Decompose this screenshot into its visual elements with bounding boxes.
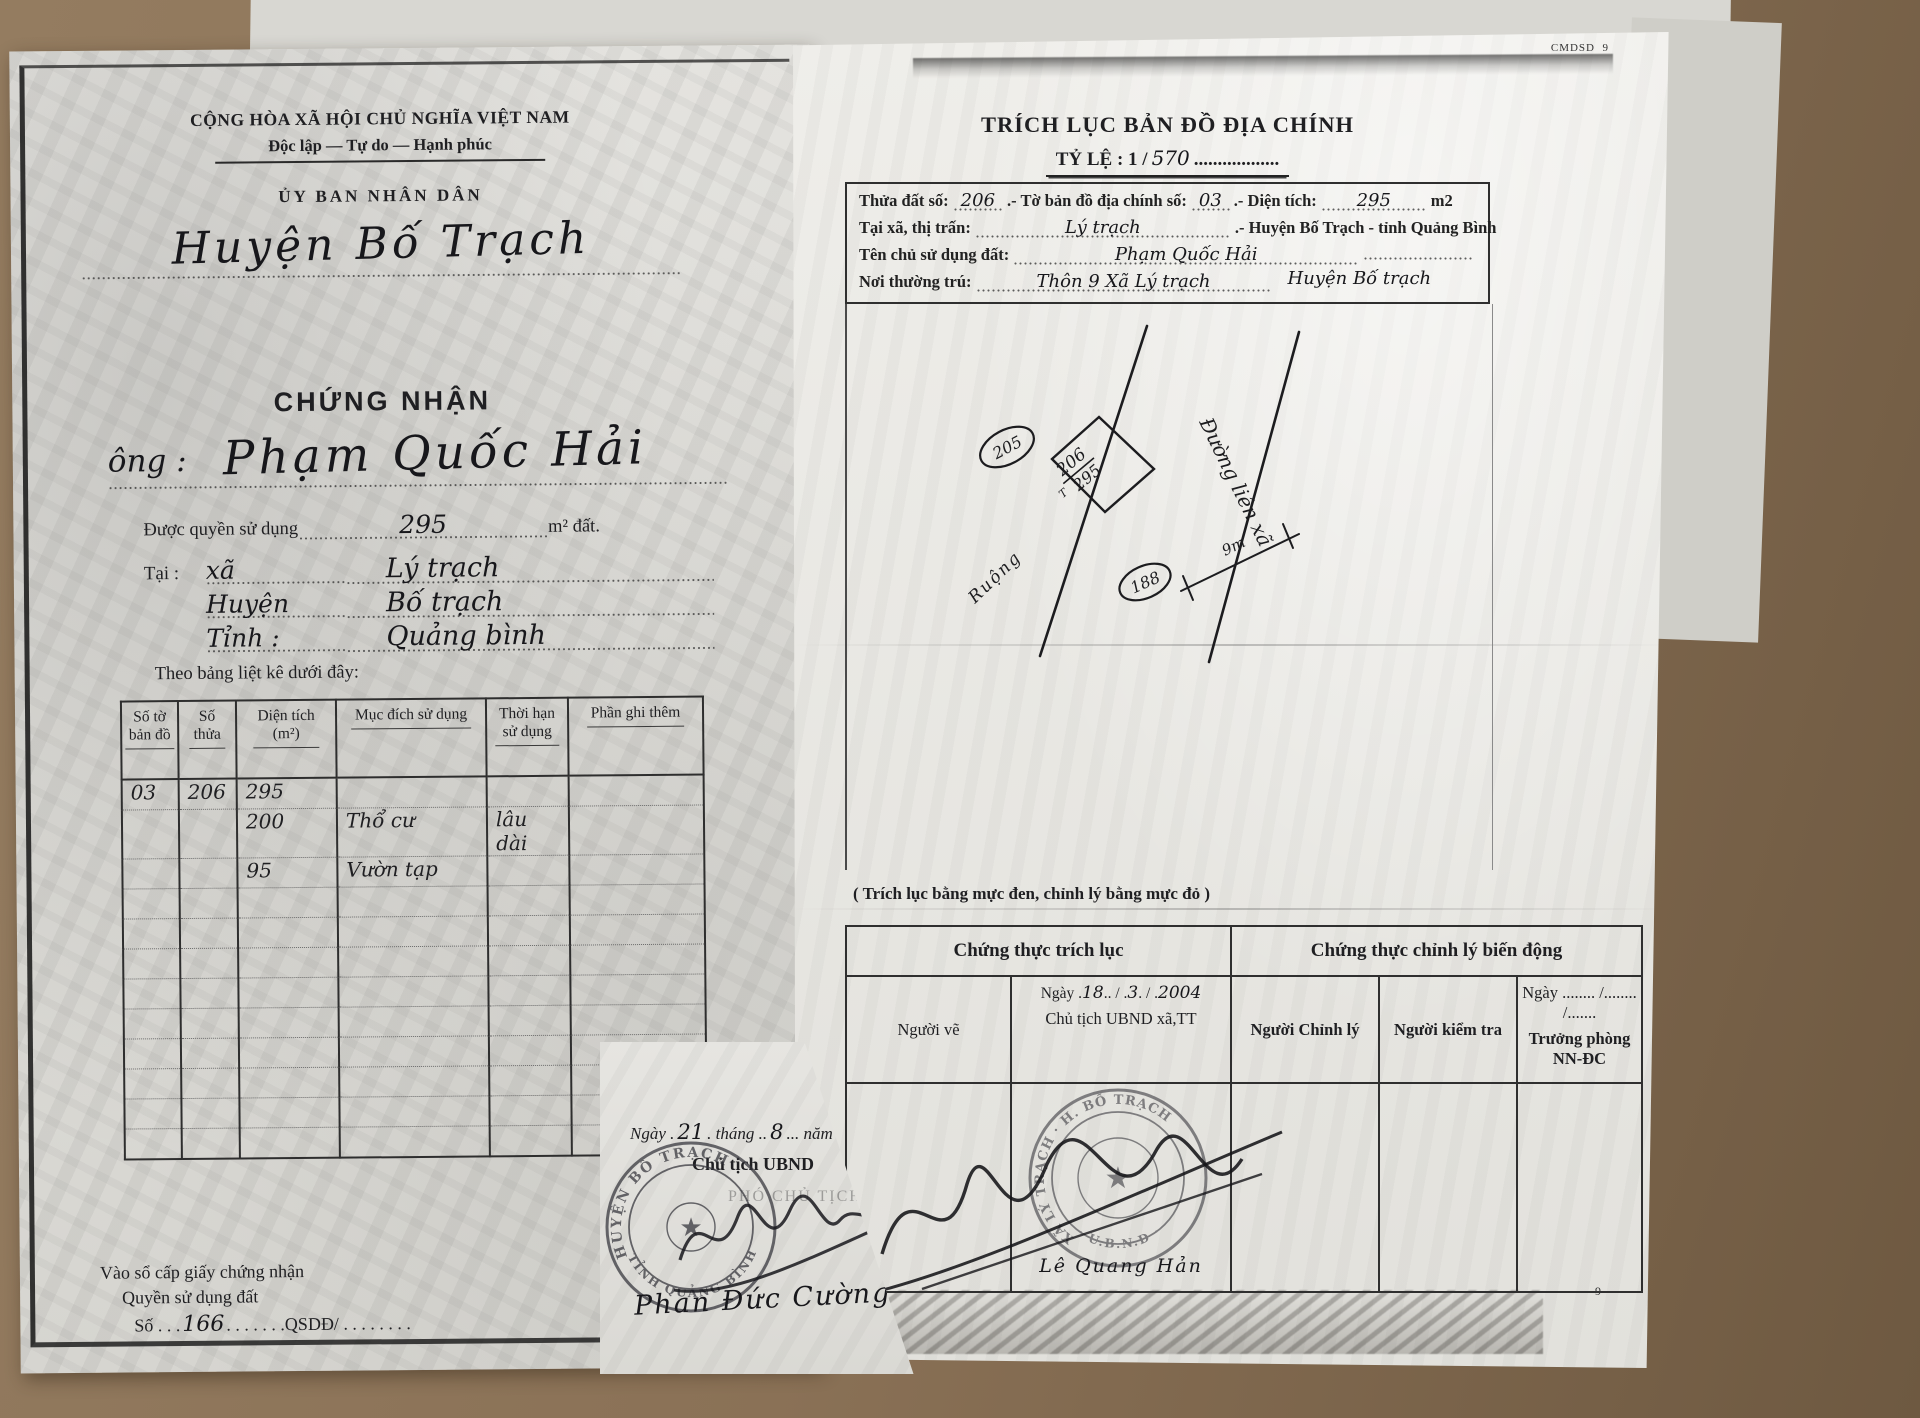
location-row-province: Tỉnh : Quảng bình [144, 618, 714, 657]
form-code: CMDSD 9 [1551, 42, 1609, 54]
col-area: Diện tích (m²) [253, 707, 319, 749]
grantee-line: ông : Phạm Quốc Hải [108, 423, 729, 489]
certification-signature-row: XÃ LÝ TRẠCH · H. BỐ TRẠCH · U.B.N.D · ★ … [846, 1083, 1642, 1292]
paper-crease [793, 908, 1673, 910]
header-rule [215, 159, 545, 164]
commune-chairman-signature [862, 1104, 1292, 1304]
location-value: Lý trạch [346, 550, 714, 584]
adjacent-parcel-205: 205 [973, 418, 1040, 475]
grantee-prefix: ông : [108, 443, 187, 480]
parcel-fields-box: Thửa đất số: 206 .- Tờ bản đồ địa chính … [845, 182, 1490, 304]
certification-table: Chứng thực trích lục Chứng thực chỉnh lý… [845, 925, 1643, 1293]
extract-month: 3 [1127, 983, 1138, 1003]
photo-scene: CỘNG HÒA XÃ HỘI CHỦ NGHĨA VIỆT NAM Độc l… [0, 0, 1920, 1418]
registry-block: Vào sổ cấp giấy chứng nhận Quyền sử dụng… [100, 1260, 441, 1338]
checker-signature-cell [1379, 1083, 1517, 1292]
head-signature-cell [1517, 1083, 1642, 1292]
location-row-commune: Tại : xã Lý trạch [144, 550, 714, 589]
field-owner: Tên chủ sử dụng đất: Phạm Quốc Hải [859, 244, 1476, 271]
extract-title: TRÍCH LỤC BẢN ĐỒ ĐỊA CHÍNH [845, 112, 1490, 138]
at-label: Tại : [144, 563, 206, 586]
col-duration: Thời hạn sử dụng [495, 705, 559, 747]
location-level: Huyện [206, 589, 346, 619]
adjacent-parcel-188: 188 [1114, 556, 1176, 607]
parcel-table-header-row: Số tờ bản đồ Số thửa Diện tích (m²) Mục … [121, 696, 704, 779]
location-row-district: Huyện Bố trạch [144, 584, 714, 623]
cadastral-extract-page: CMDSD 9 TRÍCH LỤC BẢN ĐỒ ĐỊA CHÍNH TỶ LỆ… [793, 32, 1673, 1368]
col-amend-date: Ngày ........ /........ /....... Trưởng … [1517, 976, 1642, 1083]
registry-number: 166 [182, 1312, 224, 1337]
extract-date-line: Ngày .18.. / .3. / .2004 [1016, 983, 1226, 1003]
scale-dots: .................. [1194, 149, 1280, 171]
scale-value: 570 [1152, 146, 1190, 170]
page-number: 9 [1595, 1284, 1601, 1299]
registry-suffix: . . . . . . .QSDĐ/ . . . . . . . . [226, 1313, 411, 1336]
road-label: Đường liên xã [1194, 413, 1277, 550]
issuer-name-handwritten: Huyện Bố Trạch [80, 210, 681, 277]
grantee-name: Phạm Quốc Hải [222, 420, 648, 486]
location-value: Bố trạch [346, 584, 714, 618]
table-row: 200 Thổ cư lâu dài [122, 805, 704, 859]
area-unit: m² đất. [548, 516, 600, 537]
commune-chairman-label: Chủ tịch UBND xã,TT [1016, 1009, 1226, 1029]
field-residence: Nơi thường trú: Thôn 9 Xã Lý trạch Huyện… [859, 271, 1476, 298]
certificate-title: CHỨNG NHẬN [82, 384, 682, 420]
location-level: Tỉnh : [206, 623, 346, 653]
field-commune: Tại xã, thị trấn: Lý trạch .- Huyện Bố T… [859, 217, 1476, 244]
location-level: xã [206, 555, 346, 585]
parcel-label-group: 206 295 T [1042, 442, 1107, 506]
registry-line2: Quyền sử dụng đất [122, 1285, 440, 1309]
parcel-sketch-svg: Đường liên xã 206 295 T 205 188 Ruộng [847, 304, 1492, 870]
ink-note: ( Trích lục bằng mực đen, chỉnh lý bằng … [853, 884, 1210, 904]
national-motto-line2: Độc lập — Tự do — Hạnh phúc [80, 133, 680, 158]
certification-group-row: Chứng thực trích lục Chứng thực chỉnh lý… [846, 926, 1642, 976]
parcel-number-value: 206 [953, 190, 1003, 211]
col-amender: Người Chỉnh lý [1231, 976, 1379, 1083]
dimension-tick [1283, 524, 1293, 548]
chairman-signature-cell: XÃ LÝ TRẠCH · H. BỐ TRẠCH · U.B.N.D · ★ … [1011, 1083, 1231, 1292]
col-purpose: Mục đích sử dụng [351, 706, 471, 730]
field-parcel: Thửa đất số: 206 .- Tờ bản đồ địa chính … [859, 190, 1476, 217]
group-extract: Chứng thực trích lục [846, 926, 1231, 976]
col-checker: Người kiểm tra [1379, 976, 1517, 1083]
registry-so: Số . . . [134, 1315, 180, 1336]
area-value: 295 [1321, 190, 1427, 211]
scan-smudge-top [913, 54, 1613, 78]
area-value: 295 [298, 509, 548, 540]
table-intro: Theo bảng liệt kê dưới đây: [155, 662, 359, 685]
residence-value: Thôn 9 Xã Lý trạch [976, 271, 1272, 292]
commune-value: Lý trạch [975, 217, 1231, 238]
col-parcel-no: Số thửa [189, 708, 225, 749]
col-notes: Phần ghi thêm [587, 704, 685, 728]
road-label-group: Đường liên xã [1194, 413, 1277, 550]
scale-line: TỶ LỆ : 1 / 570 .................. [845, 146, 1490, 177]
registry-number-line: Số . . . 166 . . . . . . .QSDĐ/ . . . . … [134, 1310, 440, 1338]
registry-line1: Vào sổ cấp giấy chứng nhận [100, 1260, 440, 1284]
extract-year: 2004 [1158, 983, 1201, 1003]
field-label: Ruộng [964, 547, 1026, 608]
owner-name-value: Phạm Quốc Hải [1013, 244, 1359, 265]
col-drafter: Người vẽ [846, 976, 1011, 1083]
area-line: Được quyền sử dụng 295 m² đất. [143, 507, 703, 541]
scale-label: TỶ LỆ : 1 / [1056, 149, 1148, 171]
table-row: 03 206 295 [122, 774, 704, 810]
issuer-label: ỦY BAN NHÂN DÂN [80, 184, 680, 209]
location-value: Quảng bình [346, 618, 714, 652]
area-label: Được quyền sử dụng [143, 519, 298, 541]
col-extract-date: Ngày .18.. / .3. / .2004 Chủ tịch UBND x… [1011, 976, 1231, 1083]
national-header: CỘNG HÒA XÃ HỘI CHỦ NGHĨA VIỆT NAM Độc l… [80, 106, 681, 280]
map-sheet-value: 03 [1191, 190, 1230, 211]
national-motto-line1: CỘNG HÒA XÃ HỘI CHỦ NGHĨA VIỆT NAM [80, 106, 680, 132]
col-map-sheet: Số tờ bản đồ [125, 708, 175, 749]
group-amendment: Chứng thực chỉnh lý biến động [1231, 926, 1642, 976]
certification-header-row: Người vẽ Ngày .18.. / .3. / .2004 Chủ tị… [846, 976, 1642, 1083]
dimension-tick [1183, 576, 1193, 600]
parcel-prefix-label: T [1056, 485, 1071, 501]
residence-district-value: Huyện Bố trạch [1280, 268, 1440, 289]
location-block: Tại : xã Lý trạch Huyện Bố trạch Tỉnh : … [144, 550, 715, 657]
extract-day: 18 [1082, 983, 1104, 1003]
cadastral-sketch: Đường liên xã 206 295 T 205 188 Ruộng [845, 304, 1493, 870]
